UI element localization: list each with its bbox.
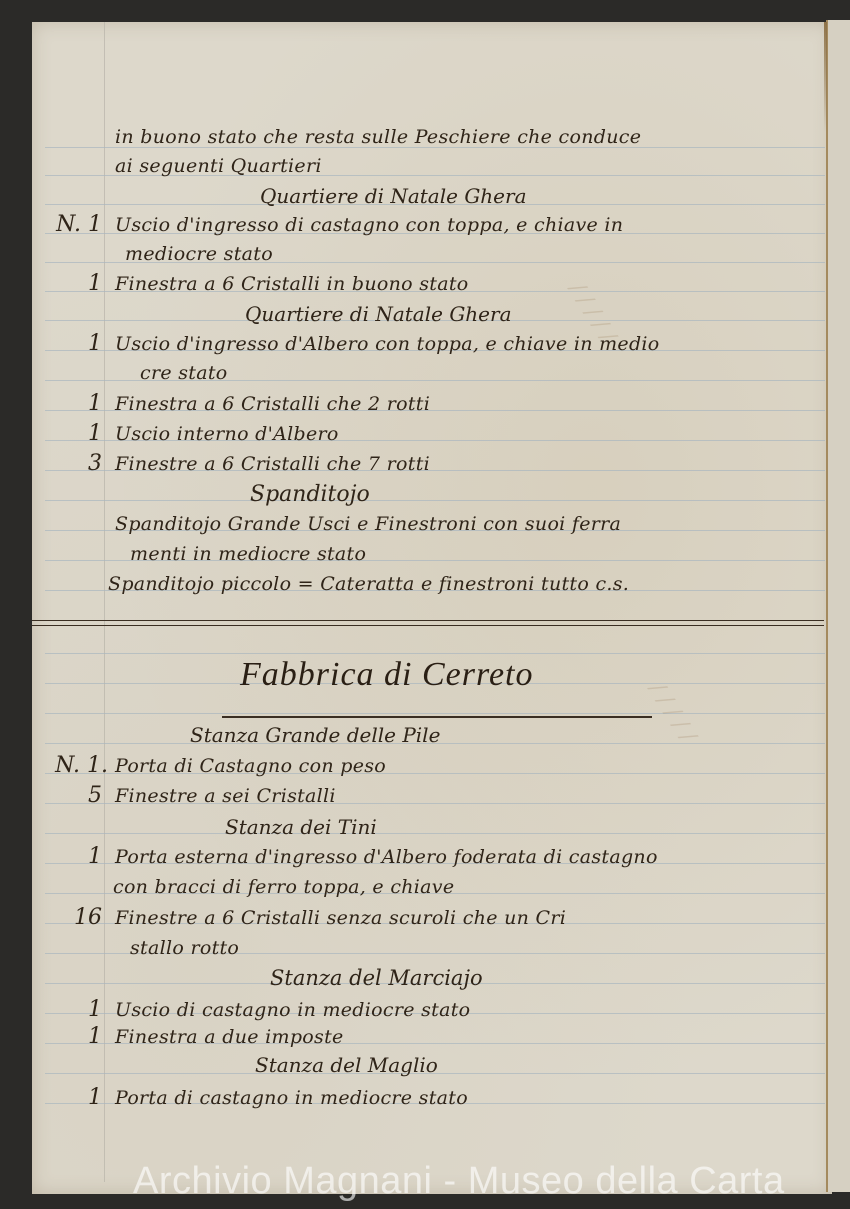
item-quantity: 1 bbox=[50, 421, 110, 446]
ruled-line bbox=[45, 653, 825, 654]
group-heading: Quartiere di Natale Ghera bbox=[260, 184, 527, 208]
item-quantity: 1 bbox=[50, 1024, 110, 1049]
item-text-cont: mediocre stato bbox=[125, 243, 273, 265]
page-fold-stain bbox=[824, 22, 827, 132]
item-quantity: 1 bbox=[50, 391, 110, 416]
continuation-line: ai seguenti Quartieri bbox=[115, 155, 322, 177]
title-underline bbox=[222, 716, 652, 718]
item-text: Spanditojo piccolo = Cateratta e finestr… bbox=[108, 573, 629, 595]
item-quantity: 1 bbox=[50, 271, 110, 296]
item-text: Finestre a 6 Cristalli senza scuroli che… bbox=[115, 907, 566, 929]
item-text: Porta esterna d'ingresso d'Albero fodera… bbox=[115, 846, 658, 868]
group-heading: Stanza del Marciajo bbox=[270, 966, 483, 990]
section-title: Fabbrica di Cerreto bbox=[240, 656, 534, 694]
item-quantity: N. 1 bbox=[50, 212, 110, 237]
adjacent-page-edge bbox=[826, 20, 850, 1192]
item-text-cont: menti in mediocre stato bbox=[130, 543, 366, 565]
item-text-cont: cre stato bbox=[140, 362, 228, 384]
section-divider bbox=[32, 620, 824, 626]
item-text: Finestra a 6 Cristalli che 2 rotti bbox=[115, 393, 430, 415]
item-text-cont: stallo rotto bbox=[130, 937, 239, 959]
item-text: Finestra a due imposte bbox=[115, 1026, 344, 1048]
item-text: Finestra a 6 Cristalli in buono stato bbox=[115, 273, 469, 295]
item-quantity: 3 bbox=[50, 451, 110, 476]
group-heading: Spanditojo bbox=[250, 482, 370, 507]
group-heading: Stanza Grande delle Pile bbox=[190, 723, 440, 747]
item-text: Uscio d'ingresso di castagno con toppa, … bbox=[115, 214, 623, 236]
item-quantity: 1 bbox=[50, 844, 110, 869]
ruled-line bbox=[45, 713, 825, 714]
item-text: Uscio d'ingresso d'Albero con toppa, e c… bbox=[115, 333, 660, 355]
item-text: Uscio interno d'Albero bbox=[115, 423, 339, 445]
item-text: Finestre a 6 Cristalli che 7 rotti bbox=[115, 453, 430, 475]
item-quantity: 1 bbox=[50, 331, 110, 356]
item-text: Porta di castagno in mediocre stato bbox=[115, 1087, 468, 1109]
item-text: Spanditojo Grande Usci e Finestroni con … bbox=[115, 513, 621, 535]
item-text-cont: con bracci di ferro toppa, e chiave bbox=[113, 876, 454, 898]
item-text: Uscio di castagno in mediocre stato bbox=[115, 999, 470, 1021]
item-quantity: N. 1. bbox=[28, 753, 116, 778]
ruled-line bbox=[45, 500, 825, 501]
continuation-line: in buono stato che resta sulle Peschiere… bbox=[115, 126, 641, 148]
archive-watermark: Archivio Magnani - Museo della Carta bbox=[133, 1160, 785, 1203]
group-heading: Quartiere di Natale Ghera bbox=[245, 302, 512, 326]
item-quantity: 1 bbox=[50, 1085, 110, 1110]
group-heading: Stanza del Maglio bbox=[255, 1053, 438, 1077]
item-text: Finestre a sei Cristalli bbox=[115, 785, 336, 807]
item-quantity: 5 bbox=[50, 783, 110, 808]
ruled-line bbox=[45, 833, 825, 834]
group-heading: Stanza dei Tini bbox=[225, 815, 377, 839]
item-quantity: 1 bbox=[50, 997, 110, 1022]
item-quantity: 16 bbox=[50, 905, 110, 930]
item-text: Porta di Castagno con peso bbox=[115, 755, 386, 777]
